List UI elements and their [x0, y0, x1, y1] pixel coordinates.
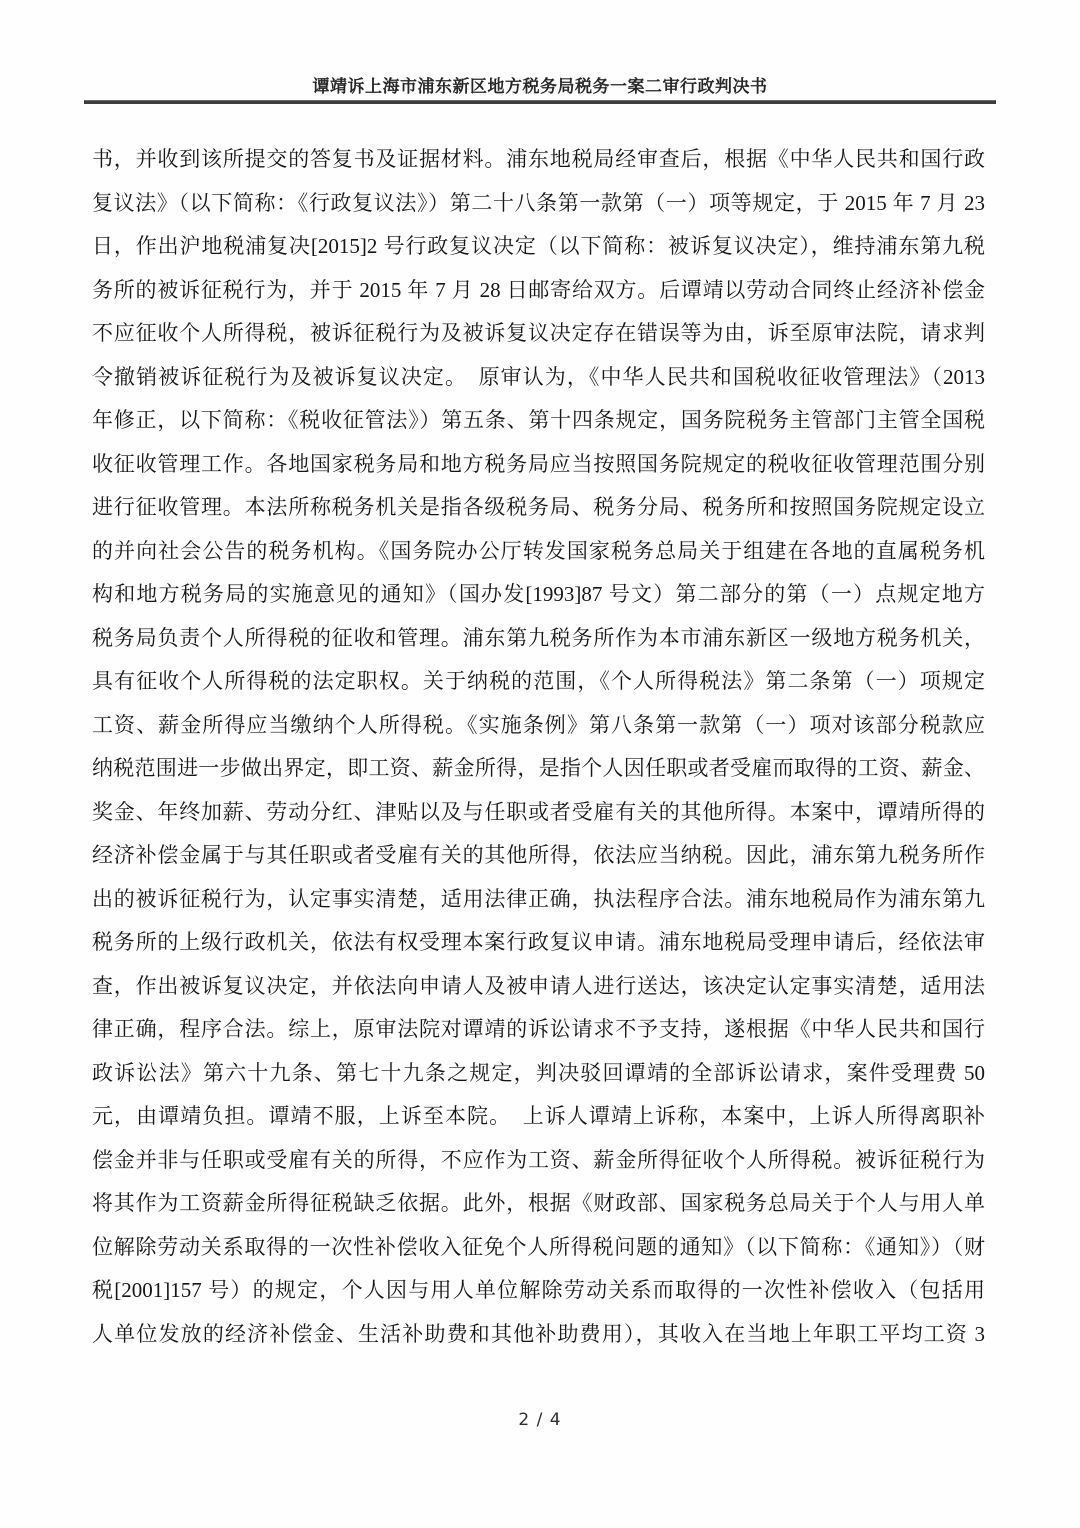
text-line: 务所的被诉征税行为，并于 2015 年 7 月 28 日邮寄给双方。后谭靖以劳动…	[92, 269, 985, 313]
page-number: 2 / 4	[0, 1410, 1080, 1430]
text-line: 税务局负责个人所得税的征收和管理。浦东第九税务所作为本市浦东新区一级地方税务机关…	[92, 617, 985, 661]
text-line: 构和地方税务局的实施意见的通知》（国办发[1993]87 号文）第二部分的第（一…	[92, 573, 985, 617]
text-line: 书，并收到该所提交的答复书及证据材料。浦东地税局经审查后，根据《中华人民共和国行…	[92, 138, 985, 182]
text-line: 将其作为工资薪金所得征税缺乏依据。此外，根据《财政部、国家税务总局关于个人与用人…	[92, 1182, 985, 1226]
text-line: 奖金、年终加薪、劳动分红、津贴以及与任职或者受雇有关的其他所得。本案中，谭靖所得…	[92, 791, 985, 835]
text-line: 日，作出沪地税浦复决[2015]2 号行政复议决定（以下简称：被诉复议决定），维…	[92, 225, 985, 269]
text-line: 进行征收管理。本法所称税务机关是指各级税务局、税务分局、税务所和按照国务院规定设…	[92, 486, 985, 530]
text-line: 律正确，程序合法。综上，原审法院对谭靖的诉讼请求不予支持，遂根据《中华人民共和国…	[92, 1008, 985, 1052]
text-line: 元，由谭靖负担。谭靖不服，上诉至本院。 上诉人谭靖上诉称，本案中，上诉人所得离职…	[92, 1095, 985, 1139]
text-line: 不应征收个人所得税，被诉征税行为及被诉复议决定存在错误等为由，诉至原审法院，请求…	[92, 312, 985, 356]
document-page: 谭靖诉上海市浦东新区地方税务局税务一案二审行政判决书 书，并收到该所提交的答复书…	[0, 0, 1080, 1528]
text-line: 政诉讼法》第六十九条、第七十九条之规定，判决驳回谭靖的全部诉讼请求，案件受理费 …	[92, 1052, 985, 1096]
text-line: 收征收管理工作。各地国家税务局和地方税务局应当按照国务院规定的税收征收管理范围分…	[92, 443, 985, 487]
text-line: 的并向社会公告的税务机构。《国务院办公厅转发国家税务总局关于组建在各地的直属税务…	[92, 530, 985, 574]
text-line: 税[2001]157 号）的规定，个人因与用人单位解除劳动关系而取得的一次性补偿…	[92, 1269, 985, 1313]
text-line: 年修正，以下简称：《税收征管法》）第五条、第十四条规定，国务院税务主管部门主管全…	[92, 399, 985, 443]
text-line: 税务所的上级行政机关，依法有权受理本案行政复议申请。浦东地税局受理申请后，经依法…	[92, 921, 985, 965]
text-line: 令撤销被诉征税行为及被诉复议决定。 原审认为，《中华人民共和国税收征收管理法》（…	[92, 356, 985, 400]
text-line: 人单位发放的经济补偿金、生活补助费和其他补助费用），其收入在当地上年职工平均工资…	[92, 1313, 985, 1357]
text-line: 具有征收个人所得税的法定职权。关于纳税的范围，《个人所得税法》第二条第（一）项规…	[92, 660, 985, 704]
text-line: 查，作出被诉复议决定，并依法向申请人及被申请人进行送达，该决定认定事实清楚，适用…	[92, 965, 985, 1009]
text-line: 位解除劳动关系取得的一次性补偿收入征免个人所得税问题的通知》（以下简称：《通知》…	[92, 1226, 985, 1270]
text-line: 复议法》（以下简称：《行政复议法》）第二十八条第一款第（一）项等规定，于 201…	[92, 182, 985, 226]
text-line: 工资、薪金所得应当缴纳个人所得税。《实施条例》第八条第一款第（一）项对该部分税款…	[92, 704, 985, 748]
text-line: 纳税范围进一步做出界定，即工资、薪金所得，是指个人因任职或者受雇而取得的工资、薪…	[92, 747, 985, 791]
header-divider	[84, 100, 996, 104]
text-line: 经济补偿金属于与其任职或者受雇有关的其他所得，依法应当纳税。因此，浦东第九税务所…	[92, 834, 985, 878]
body-text: 书，并收到该所提交的答复书及证据材料。浦东地税局经审查后，根据《中华人民共和国行…	[92, 138, 985, 1356]
text-line: 偿金并非与任职或受雇有关的所得，不应作为工资、薪金所得征收个人所得税。被诉征税行…	[92, 1139, 985, 1183]
text-line: 出的被诉征税行为，认定事实清楚，适用法律正确，执法程序合法。浦东地税局作为浦东第…	[92, 878, 985, 922]
page-header-title: 谭靖诉上海市浦东新区地方税务局税务一案二审行政判决书	[0, 72, 1080, 97]
